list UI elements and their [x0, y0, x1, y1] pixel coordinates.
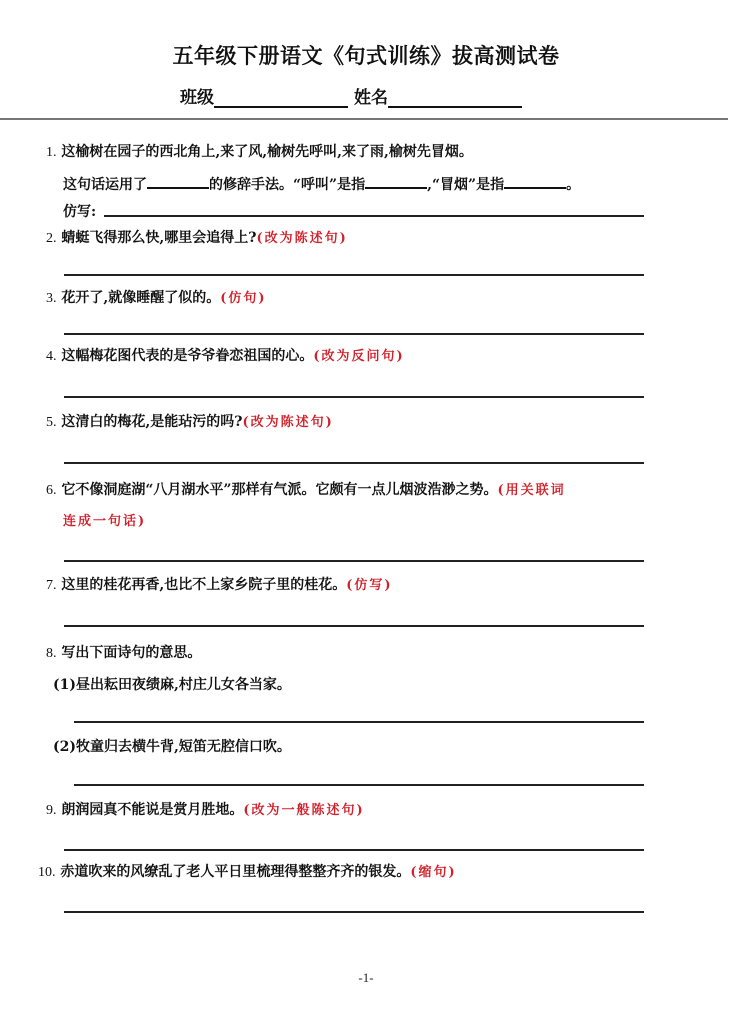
question-number: 7. — [46, 578, 57, 593]
question-text: 它不像洞庭湖“八月湖水平”那样有气派。它颇有一点儿烟波浩渺之势。 — [61, 482, 497, 498]
answer-line-8-1[interactable] — [74, 721, 644, 723]
question-9: 9. 朗润园真不能说是赏月胜地。(改为一般陈述句) — [46, 800, 365, 821]
question-6-hint-continued: 连成一句话) — [63, 511, 146, 532]
question-text: 这幅梅花图代表的是爷爷眷恋祖国的心。 — [61, 348, 313, 364]
page-title: 五年级下册语文《句式训练》拔高测试卷 — [0, 40, 732, 70]
question-5: 5. 这清白的梅花,是能玷污的吗?(改为陈述句) — [46, 412, 334, 433]
question-number: 3. — [46, 291, 57, 306]
student-info-row: 班级 姓名 — [180, 83, 528, 108]
question-hint: 连成一句话) — [63, 514, 146, 529]
imitate-label: 仿写: — [63, 204, 96, 220]
question-number: 5. — [46, 415, 57, 430]
question-7: 7. 这里的桂花再香,也比不上家乡院子里的桂花。(仿写) — [46, 575, 393, 596]
question-hint: (改为陈述句) — [256, 231, 347, 246]
answer-line-4[interactable] — [64, 396, 644, 398]
answer-line-7[interactable] — [64, 625, 644, 627]
question-hint: (缩句) — [410, 865, 456, 880]
fill-in-text: 。 — [566, 177, 580, 193]
answer-line-5[interactable] — [64, 462, 644, 464]
header-divider — [0, 118, 728, 120]
question-text: 这里的桂花再香,也比不上家乡院子里的桂花。 — [61, 577, 346, 593]
question-number: 10. — [38, 865, 56, 880]
page-number: -1- — [0, 970, 732, 986]
question-hint: (改为陈述句) — [242, 415, 333, 430]
name-label: 姓名 — [354, 83, 388, 108]
huhan-meaning-blank[interactable] — [365, 172, 427, 189]
question-number: 6. — [46, 483, 57, 498]
question-hint: (用关联词 — [497, 483, 565, 498]
question-1-fill-in: 这句话运用了的修辞手法。“呼叫”是指,“冒烟”是指。 — [63, 172, 580, 195]
question-1: 1. 这榆树在园子的西北角上,来了风,榆树先呼叫,来了雨,榆树先冒烟。 — [46, 142, 473, 163]
question-number: 1. — [46, 145, 57, 160]
fill-in-text: ,“冒烟”是指 — [427, 177, 504, 193]
question-10: 10. 赤道吹来的风缭乱了老人平日里梳理得整整齐齐的银发。(缩句) — [38, 862, 457, 883]
question-text: 蜻蜓飞得那么快,哪里会追得上? — [61, 230, 256, 246]
question-number: 8. — [46, 646, 57, 661]
question-number: 2. — [46, 231, 57, 246]
question-1-imitate: 仿写: — [63, 202, 96, 222]
question-8-sub-1: (1)昼出耘田夜绩麻,村庄儿女各当家。 — [53, 675, 291, 695]
question-hint: (改为一般陈述句) — [243, 803, 364, 818]
answer-line-1[interactable] — [104, 215, 644, 217]
question-number: 4. — [46, 349, 57, 364]
question-hint: (改为反问句) — [313, 349, 404, 364]
answer-line-8-2[interactable] — [74, 784, 644, 786]
question-text: 赤道吹来的风缭乱了老人平日里梳理得整整齐齐的银发。 — [60, 864, 410, 880]
question-hint: (仿句) — [220, 291, 266, 306]
sub-question-label: (2) — [53, 739, 76, 755]
question-text: 这榆树在园子的西北角上,来了风,榆树先呼叫,来了雨,榆树先冒烟。 — [61, 144, 473, 160]
question-2: 2. 蜻蜓飞得那么快,哪里会追得上?(改为陈述句) — [46, 228, 348, 249]
question-hint: (仿写) — [346, 578, 392, 593]
question-8: 8. 写出下面诗句的意思。 — [46, 643, 201, 664]
sub-question-text: 昼出耘田夜绩麻,村庄儿女各当家。 — [76, 677, 291, 693]
maoyan-meaning-blank[interactable] — [504, 172, 566, 189]
answer-line-6[interactable] — [64, 560, 644, 562]
question-4: 4. 这幅梅花图代表的是爷爷眷恋祖国的心。(改为反问句) — [46, 346, 405, 367]
answer-line-2[interactable] — [64, 274, 644, 276]
class-input-blank[interactable] — [214, 88, 348, 108]
sub-question-label: (1) — [53, 677, 76, 693]
name-input-blank[interactable] — [388, 88, 522, 108]
question-text: 朗润园真不能说是赏月胜地。 — [61, 802, 243, 818]
answer-line-3[interactable] — [64, 333, 644, 335]
answer-line-10[interactable] — [64, 911, 644, 913]
question-text: 这清白的梅花,是能玷污的吗? — [61, 414, 242, 430]
fill-in-text: 这句话运用了 — [63, 177, 147, 193]
question-6: 6. 它不像洞庭湖“八月湖水平”那样有气派。它颇有一点儿烟波浩渺之势。(用关联词 — [46, 480, 566, 501]
fill-in-text: 的修辞手法。“呼叫”是指 — [209, 177, 365, 193]
question-3: 3. 花开了,就像睡醒了似的。(仿句) — [46, 288, 267, 309]
question-text: 花开了,就像睡醒了似的。 — [61, 290, 220, 306]
rhetoric-blank[interactable] — [147, 172, 209, 189]
question-number: 9. — [46, 803, 57, 818]
class-label: 班级 — [180, 83, 214, 108]
sub-question-text: 牧童归去横牛背,短笛无腔信口吹。 — [76, 739, 291, 755]
question-8-sub-2: (2)牧童归去横牛背,短笛无腔信口吹。 — [53, 737, 291, 757]
question-text: 写出下面诗句的意思。 — [61, 645, 201, 661]
answer-line-9[interactable] — [64, 849, 644, 851]
